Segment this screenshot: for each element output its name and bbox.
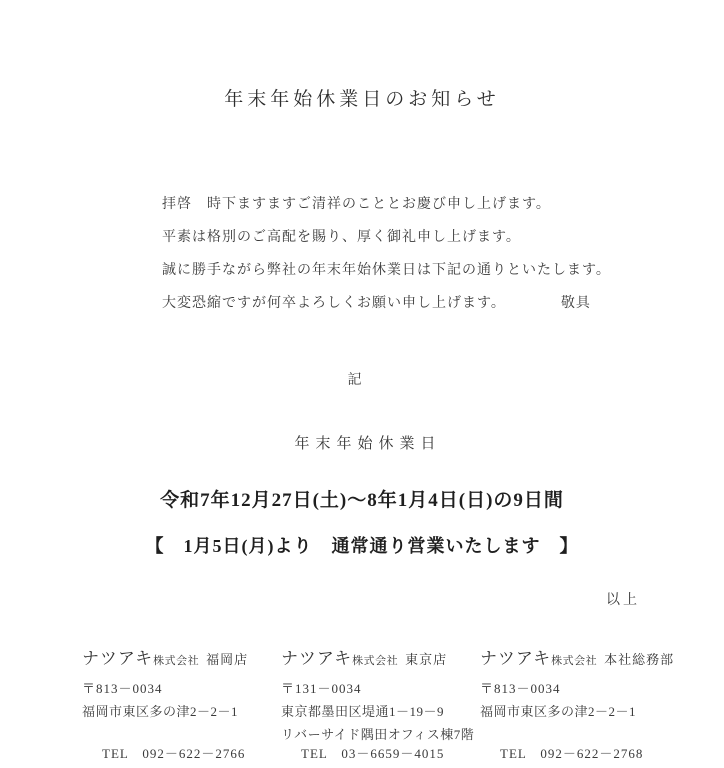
company-block-head-office: ナツアキ株式会社本社総務部 〒813－0034 福岡市東区多の津2－2－1 TE… <box>480 644 724 768</box>
end-marker: 以上 <box>606 589 640 609</box>
document-title: 年末年始休業日のお知らせ <box>0 84 724 111</box>
company-corp-suffix: 株式会社 <box>352 655 398 667</box>
reopen-notice: 【 1月5日(月)より 通常通り営業いたします 】 <box>0 532 724 558</box>
company-brand: ナツアキ <box>82 649 153 668</box>
section-heading: 年末年始休業日 <box>0 432 724 453</box>
phone-number: TEL 092－622－2768 <box>500 743 643 762</box>
postal-code: 〒813－0034 <box>480 678 561 697</box>
company-branch: 本社総務部 <box>604 652 674 667</box>
greeting-line-1: 拝啓 時下ますますご清祥のこととお慶び申し上げます。 <box>162 188 611 221</box>
phone-number: TEL 092－622－2766 <box>102 743 245 762</box>
company-brand: ナツアキ <box>480 649 551 668</box>
address-line: 福岡市東区多の津2－2－1 <box>480 701 636 720</box>
company-branch: 福岡店 <box>206 652 248 667</box>
postal-code: 〒131－0034 <box>281 678 362 697</box>
address-line: 東京都墨田区堤通1－19－9 <box>281 701 444 720</box>
greeting-paragraphs: 拝啓 時下ますますご清祥のこととお慶び申し上げます。 平素は格別のご高配を賜り、… <box>162 188 611 320</box>
company-name: ナツアキ株式会社本社総務部 <box>480 644 674 669</box>
company-brand: ナツアキ <box>281 649 352 668</box>
greeting-line-2: 平素は格別のご高配を賜り、厚く御礼申し上げます。 <box>162 221 611 254</box>
closure-period: 令和7年12月27日(土)～8年1月4日(日)の9日間 <box>0 485 724 512</box>
postal-code: 〒813－0034 <box>82 678 163 697</box>
company-corp-suffix: 株式会社 <box>153 655 199 667</box>
greeting-line-4: 大変恐縮ですが何卒よろしくお願い申し上げます。敬具 <box>162 287 611 320</box>
address-line-2: リバーサイド隅田オフィス棟7階 <box>281 724 474 743</box>
company-name: ナツアキ株式会社福岡店 <box>82 644 248 669</box>
company-corp-suffix: 株式会社 <box>551 655 597 667</box>
document-page: 年末年始休業日のお知らせ 拝啓 時下ますますご清祥のこととお慶び申し上げます。 … <box>0 0 724 768</box>
closing-word: 敬具 <box>561 296 591 311</box>
record-marker: 記 <box>0 369 710 389</box>
company-branch: 東京店 <box>405 652 447 667</box>
greeting-line-3: 誠に勝手ながら弊社の年末年始休業日は下記の通りといたします。 <box>162 254 611 287</box>
company-name: ナツアキ株式会社東京店 <box>281 644 447 669</box>
address-line: 福岡市東区多の津2－2－1 <box>82 701 238 720</box>
company-block-tokyo: ナツアキ株式会社東京店 〒131－0034 東京都墨田区堤通1－19－9 リバー… <box>281 644 481 768</box>
greeting-line-4-text: 大変恐縮ですが何卒よろしくお願い申し上げます。 <box>162 296 506 311</box>
company-block-fukuoka: ナツアキ株式会社福岡店 〒813－0034 福岡市東区多の津2－2－1 TEL … <box>82 644 278 768</box>
phone-number: TEL 03－6659－4015 <box>301 743 444 762</box>
